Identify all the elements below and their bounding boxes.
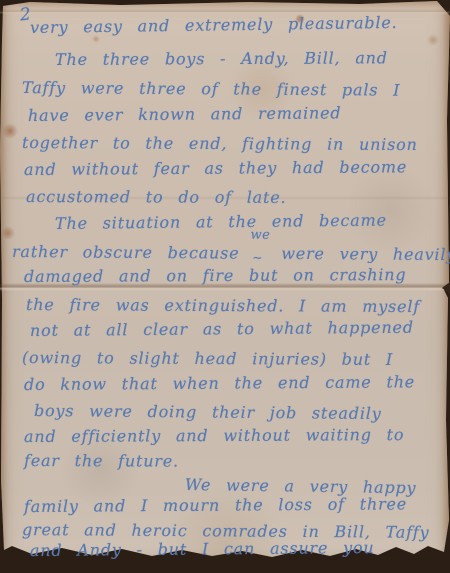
handwritten-line-19: family and I mourn the loss of three: [24, 496, 407, 515]
handwritten-line-10: damaged and on fire but on crashing: [24, 267, 406, 285]
inserted-word-text: we: [250, 229, 270, 242]
handwritten-line-12: not at all clear as to what happened: [30, 320, 414, 339]
handwritten-line-14: do know that when the end came the: [24, 374, 415, 393]
handwritten-line-6: and without fear as they had become: [24, 159, 407, 178]
letter-scan: 2 very easy and extremely pleasurable. T…: [0, 0, 450, 573]
handwritten-line-11: the fire was extinguished. I am myself: [26, 297, 420, 315]
handwritten-line-2: The three boys - Andy, Bill, and: [55, 50, 388, 68]
handwritten-line-16: and efficiently and without waiting to: [24, 427, 404, 445]
handwritten-line-3: Taffy were three of the finest pals I: [22, 80, 400, 99]
handwritten-line-9: rather obscure because we ~ were very he…: [12, 243, 450, 263]
line-text-pre: rather obscure because: [12, 242, 240, 263]
insertion-caret: ~: [252, 252, 263, 264]
line-text-post: were very heavily: [281, 244, 450, 264]
handwritten-line-7: accustomed to do of late.: [26, 189, 286, 206]
handwritten-line-8: The situation at the end became: [55, 213, 387, 232]
handwritten-line-15: boys were doing their job steadily: [34, 403, 382, 422]
inserted-word: we ~: [254, 245, 266, 259]
handwritten-line-13: (owing to slight head injuries) but I: [22, 350, 393, 368]
handwritten-line-4: have ever known and remained: [28, 105, 342, 124]
handwritten-line-21: and Andy - but I can assure you: [30, 540, 375, 559]
handwritten-line-18: We were a very happy: [185, 477, 417, 496]
handwritten-line-17: fear the future.: [24, 453, 179, 470]
handwritten-line-5: together to the end, fighting in unison: [22, 135, 418, 153]
